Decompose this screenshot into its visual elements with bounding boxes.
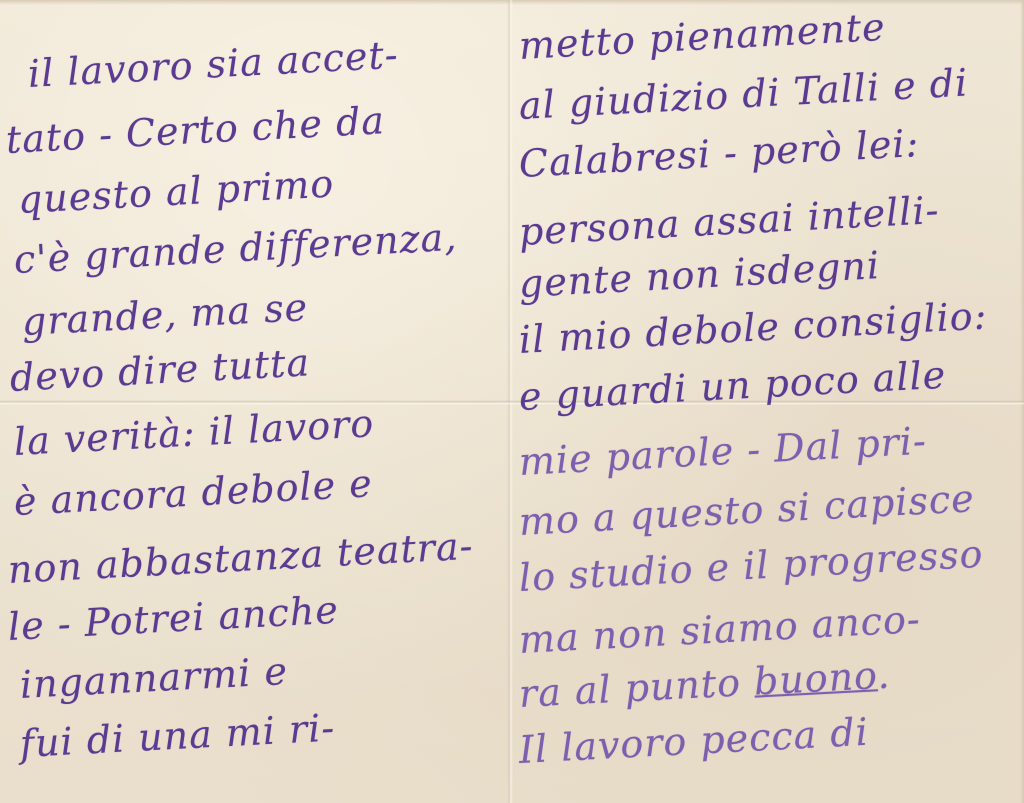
handwritten-line: questo al primo [17, 161, 335, 222]
handwritten-line: fui di una mi ri- [19, 706, 336, 766]
handwritten-line: tato - Certo che da [5, 98, 386, 162]
handwritten-text: ra al punto buono. [518, 653, 892, 716]
handwritten-line: ingannarmi e [19, 649, 289, 707]
letter-sheet: il lavoro sia accet- tato - Certo che da… [0, 0, 1024, 803]
handwritten-line: lo studio e il progresso [518, 532, 985, 600]
handwritten-line: non abbastanza teatra- [7, 524, 475, 592]
handwritten-line: il lavoro sia accet- [27, 33, 400, 96]
handwritten-line: è ancora debole e [13, 461, 374, 524]
right-page: metto pienamente al giudizio di Talli e … [513, 0, 1024, 803]
handwritten-line: Il lavoro pecca di [518, 710, 870, 772]
handwritten-line: mie parole - Dal pri- [518, 419, 928, 484]
left-page: il lavoro sia accet- tato - Certo che da… [0, 0, 507, 803]
handwritten-line: devo dire tutta [9, 340, 311, 400]
handwritten-line: c'è grande differenza, [13, 215, 458, 282]
handwritten-line: e guardi un poco alle [518, 353, 947, 419]
handwritten-line: gente non isdegni [518, 243, 881, 306]
handwritten-line: le - Potrei anche [7, 588, 340, 649]
handwritten-line: il mio debole consiglio: [518, 293, 989, 361]
handwritten-line: ra al punto buono. [518, 653, 892, 716]
handwritten-line: ma non siamo anco- [518, 597, 922, 662]
underlined-word: buono [753, 653, 879, 703]
handwritten-line: grande, ma se [21, 285, 309, 344]
handwritten-line: mo a questo si capisce [518, 476, 976, 544]
handwritten-line: la verità: il lavoro [13, 401, 375, 464]
handwritten-line: al giudizio di Talli e di [518, 60, 969, 127]
handwritten-line: metto pienamente [518, 5, 887, 68]
handwritten-line: Calabresi - però lei: [518, 121, 920, 186]
